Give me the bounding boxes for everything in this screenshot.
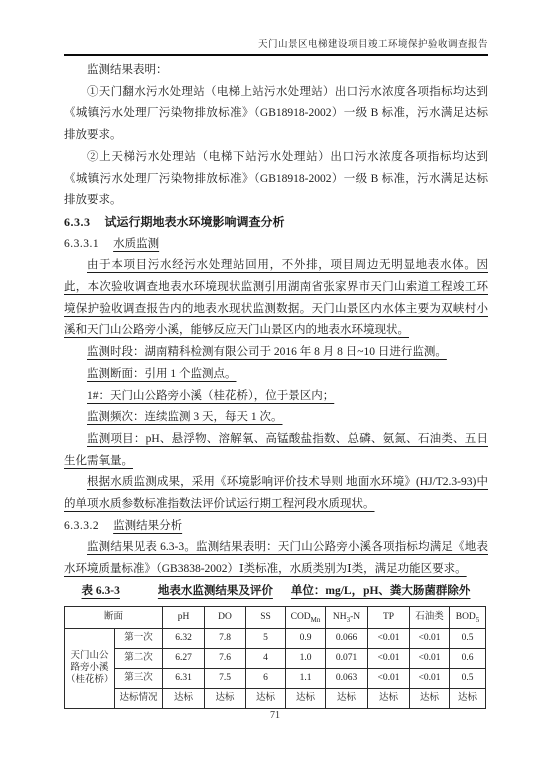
table-cell: 6.32 bbox=[163, 628, 205, 648]
table-cell: 1.0 bbox=[286, 648, 326, 668]
table-cell: <0.01 bbox=[410, 648, 450, 668]
para-result: 监测结果见表 6.3-3。监测结果表明：天门山公路旁小溪各项指标均满足《地表水环… bbox=[64, 537, 488, 580]
table-cell: 1.1 bbox=[286, 668, 326, 688]
document-page: 天门山景区电梯建设项目竣工环境保护验收调查报告 监测结果表明： ①天门翻水污水处… bbox=[0, 0, 550, 778]
col-label: 石油类 bbox=[415, 612, 444, 622]
table-row: 达标情况 达标 达标 达标 达标 达标 达标 达标 达标 bbox=[65, 688, 486, 708]
para-station-2: ②上天梯污水处理站（电梯下站污水处理站）出口污水浓度各项指标均达到《城镇污水处理… bbox=[64, 147, 488, 212]
table-row-label: 达标情况 bbox=[115, 688, 163, 708]
table-cell: 达标 bbox=[205, 688, 246, 708]
table-row-label: 第二次 bbox=[115, 648, 163, 668]
table-col-tp: TP bbox=[368, 606, 410, 628]
table-caption: 表 6.3-3地表水监测结果及评价单位：mg/L，pH、粪大肠菌群除外 bbox=[64, 581, 488, 603]
table-header-section: 断面 bbox=[65, 606, 163, 628]
table-cell: 达标 bbox=[163, 688, 205, 708]
col-label: pH bbox=[178, 612, 190, 622]
para-monitor-section: 监测断面：引用 1 个监测点。 bbox=[64, 364, 488, 386]
page-footer: 71 bbox=[0, 710, 550, 721]
heading-title: 试运行期地表水环境影响调查分析 bbox=[105, 215, 285, 229]
heading-6-3-3: 6.3.3试运行期地表水环境影响调查分析 bbox=[64, 212, 488, 234]
table-caption-label: 表 6.3-3 bbox=[82, 585, 120, 597]
table-col-do: DO bbox=[205, 606, 246, 628]
table-cell: 7.6 bbox=[205, 648, 246, 668]
col-tail: -N bbox=[350, 612, 360, 622]
table-row-label: 第一次 bbox=[115, 628, 163, 648]
col-label: COD bbox=[291, 612, 311, 622]
table-header-row: 断面 pH DO SS CODMn NH3-N TP 石油类 BOD5 bbox=[65, 606, 486, 628]
table-row: 第二次 6.27 7.6 4 1.0 0.071 <0.01 <0.01 0.6 bbox=[65, 648, 486, 668]
table-cell: 5 bbox=[246, 628, 286, 648]
table-cell: 0.063 bbox=[326, 668, 368, 688]
table-col-oil: 石油类 bbox=[410, 606, 450, 628]
table-cell: 6.31 bbox=[163, 668, 205, 688]
table-col-ph: pH bbox=[163, 606, 205, 628]
heading-6-3-3-1: 6.3.3.1水质监测 bbox=[64, 234, 488, 256]
table-row-label: 第三次 bbox=[115, 668, 163, 688]
table-cell: 达标 bbox=[326, 688, 368, 708]
para-station-1: ①天门翻水污水处理站（电梯上站污水处理站）出口污水浓度各项指标均达到《城镇污水处… bbox=[64, 82, 488, 147]
para-intro: 监测结果表明： bbox=[64, 60, 488, 82]
col-label: TP bbox=[383, 612, 394, 622]
page-number: 71 bbox=[270, 710, 280, 721]
table-cell: 6 bbox=[246, 668, 286, 688]
table-cell: <0.01 bbox=[368, 648, 410, 668]
table-cell: 0.9 bbox=[286, 628, 326, 648]
table-cell: <0.01 bbox=[410, 668, 450, 688]
table-row: 天门山公路旁小溪（桂花桥） 第一次 6.32 7.8 5 0.9 0.066 <… bbox=[65, 628, 486, 648]
heading-number: 6.3.3.1 bbox=[64, 238, 99, 250]
col-label: DO bbox=[218, 612, 232, 622]
table-site-cell: 天门山公路旁小溪（桂花桥） bbox=[65, 628, 115, 708]
report-title: 天门山景区电梯建设项目竣工环境保护验收调查报告 bbox=[258, 40, 488, 50]
col-sub: 5 bbox=[476, 616, 480, 624]
table-col-codmn: CODMn bbox=[286, 606, 326, 628]
heading-title: 监测结果分析 bbox=[113, 520, 182, 532]
table-caption-title: 地表水监测结果及评价 bbox=[158, 585, 273, 597]
para-monitor-time: 监测时段：湖南精科检测有限公司于 2016 年 8 月 8 日~10 日进行监测… bbox=[64, 342, 488, 364]
table-cell: 6.27 bbox=[163, 648, 205, 668]
col-sub: Mn bbox=[311, 616, 321, 624]
table-cell: 0.5 bbox=[450, 668, 486, 688]
para-overview: 由于本项目污水经污水处理站回用，不外排，项目周边无明显地表水体。因此，本次验收调… bbox=[64, 255, 488, 342]
para-monitor-items: 监测项目：pH、悬浮物、溶解氧、高锰酸盐指数、总磷、氨氮、石油类、五日生化需氧量… bbox=[64, 429, 488, 472]
table-cell: 0.5 bbox=[450, 628, 486, 648]
table-cell: 达标 bbox=[286, 688, 326, 708]
para-monitor-frequency: 监测频次：连续监测 3 天，每天 1 次。 bbox=[64, 407, 488, 429]
table-cell: 0.071 bbox=[326, 648, 368, 668]
table-cell: <0.01 bbox=[368, 668, 410, 688]
table-cell: 7.8 bbox=[205, 628, 246, 648]
page-body: 监测结果表明： ①天门翻水污水处理站（电梯上站污水处理站）出口污水浓度各项指标均… bbox=[64, 60, 488, 709]
table-cell: 达标 bbox=[368, 688, 410, 708]
water-quality-table: 断面 pH DO SS CODMn NH3-N TP 石油类 BOD5 天门山公… bbox=[64, 606, 486, 709]
table-cell: 达标 bbox=[410, 688, 450, 708]
para-method: 根据水质监测成果，采用《环境影响评价技术导则 地面水环境》(HJ/T2.3-93… bbox=[64, 472, 488, 515]
table-col-nh3n: NH3-N bbox=[326, 606, 368, 628]
table-cell: <0.01 bbox=[410, 628, 450, 648]
heading-6-3-3-2: 6.3.3.2监测结果分析 bbox=[64, 516, 488, 538]
table-row: 第三次 6.31 7.5 6 1.1 0.063 <0.01 <0.01 0.5 bbox=[65, 668, 486, 688]
table-cell: 4 bbox=[246, 648, 286, 668]
heading-number: 6.3.3 bbox=[64, 215, 91, 229]
table-cell: 达标 bbox=[246, 688, 286, 708]
heading-title: 水质监测 bbox=[113, 238, 159, 250]
heading-number: 6.3.3.2 bbox=[64, 520, 99, 532]
col-label: BOD bbox=[456, 612, 476, 622]
table-caption-unit: 单位：mg/L，pH、粪大肠菌群除外 bbox=[291, 585, 471, 597]
table-col-bod5: BOD5 bbox=[450, 606, 486, 628]
table-cell: 0.6 bbox=[450, 648, 486, 668]
para-monitor-point: 1#：天门山公路旁小溪（桂花桥），位于景区内； bbox=[64, 386, 488, 408]
col-label: NH bbox=[333, 612, 347, 622]
col-label: SS bbox=[260, 612, 271, 622]
table-cell: 0.066 bbox=[326, 628, 368, 648]
table-cell: 达标 bbox=[450, 688, 486, 708]
page-header: 天门山景区电梯建设项目竣工环境保护验收调查报告 bbox=[64, 36, 488, 56]
table-col-ss: SS bbox=[246, 606, 286, 628]
table-cell: <0.01 bbox=[368, 628, 410, 648]
table-cell: 7.5 bbox=[205, 668, 246, 688]
